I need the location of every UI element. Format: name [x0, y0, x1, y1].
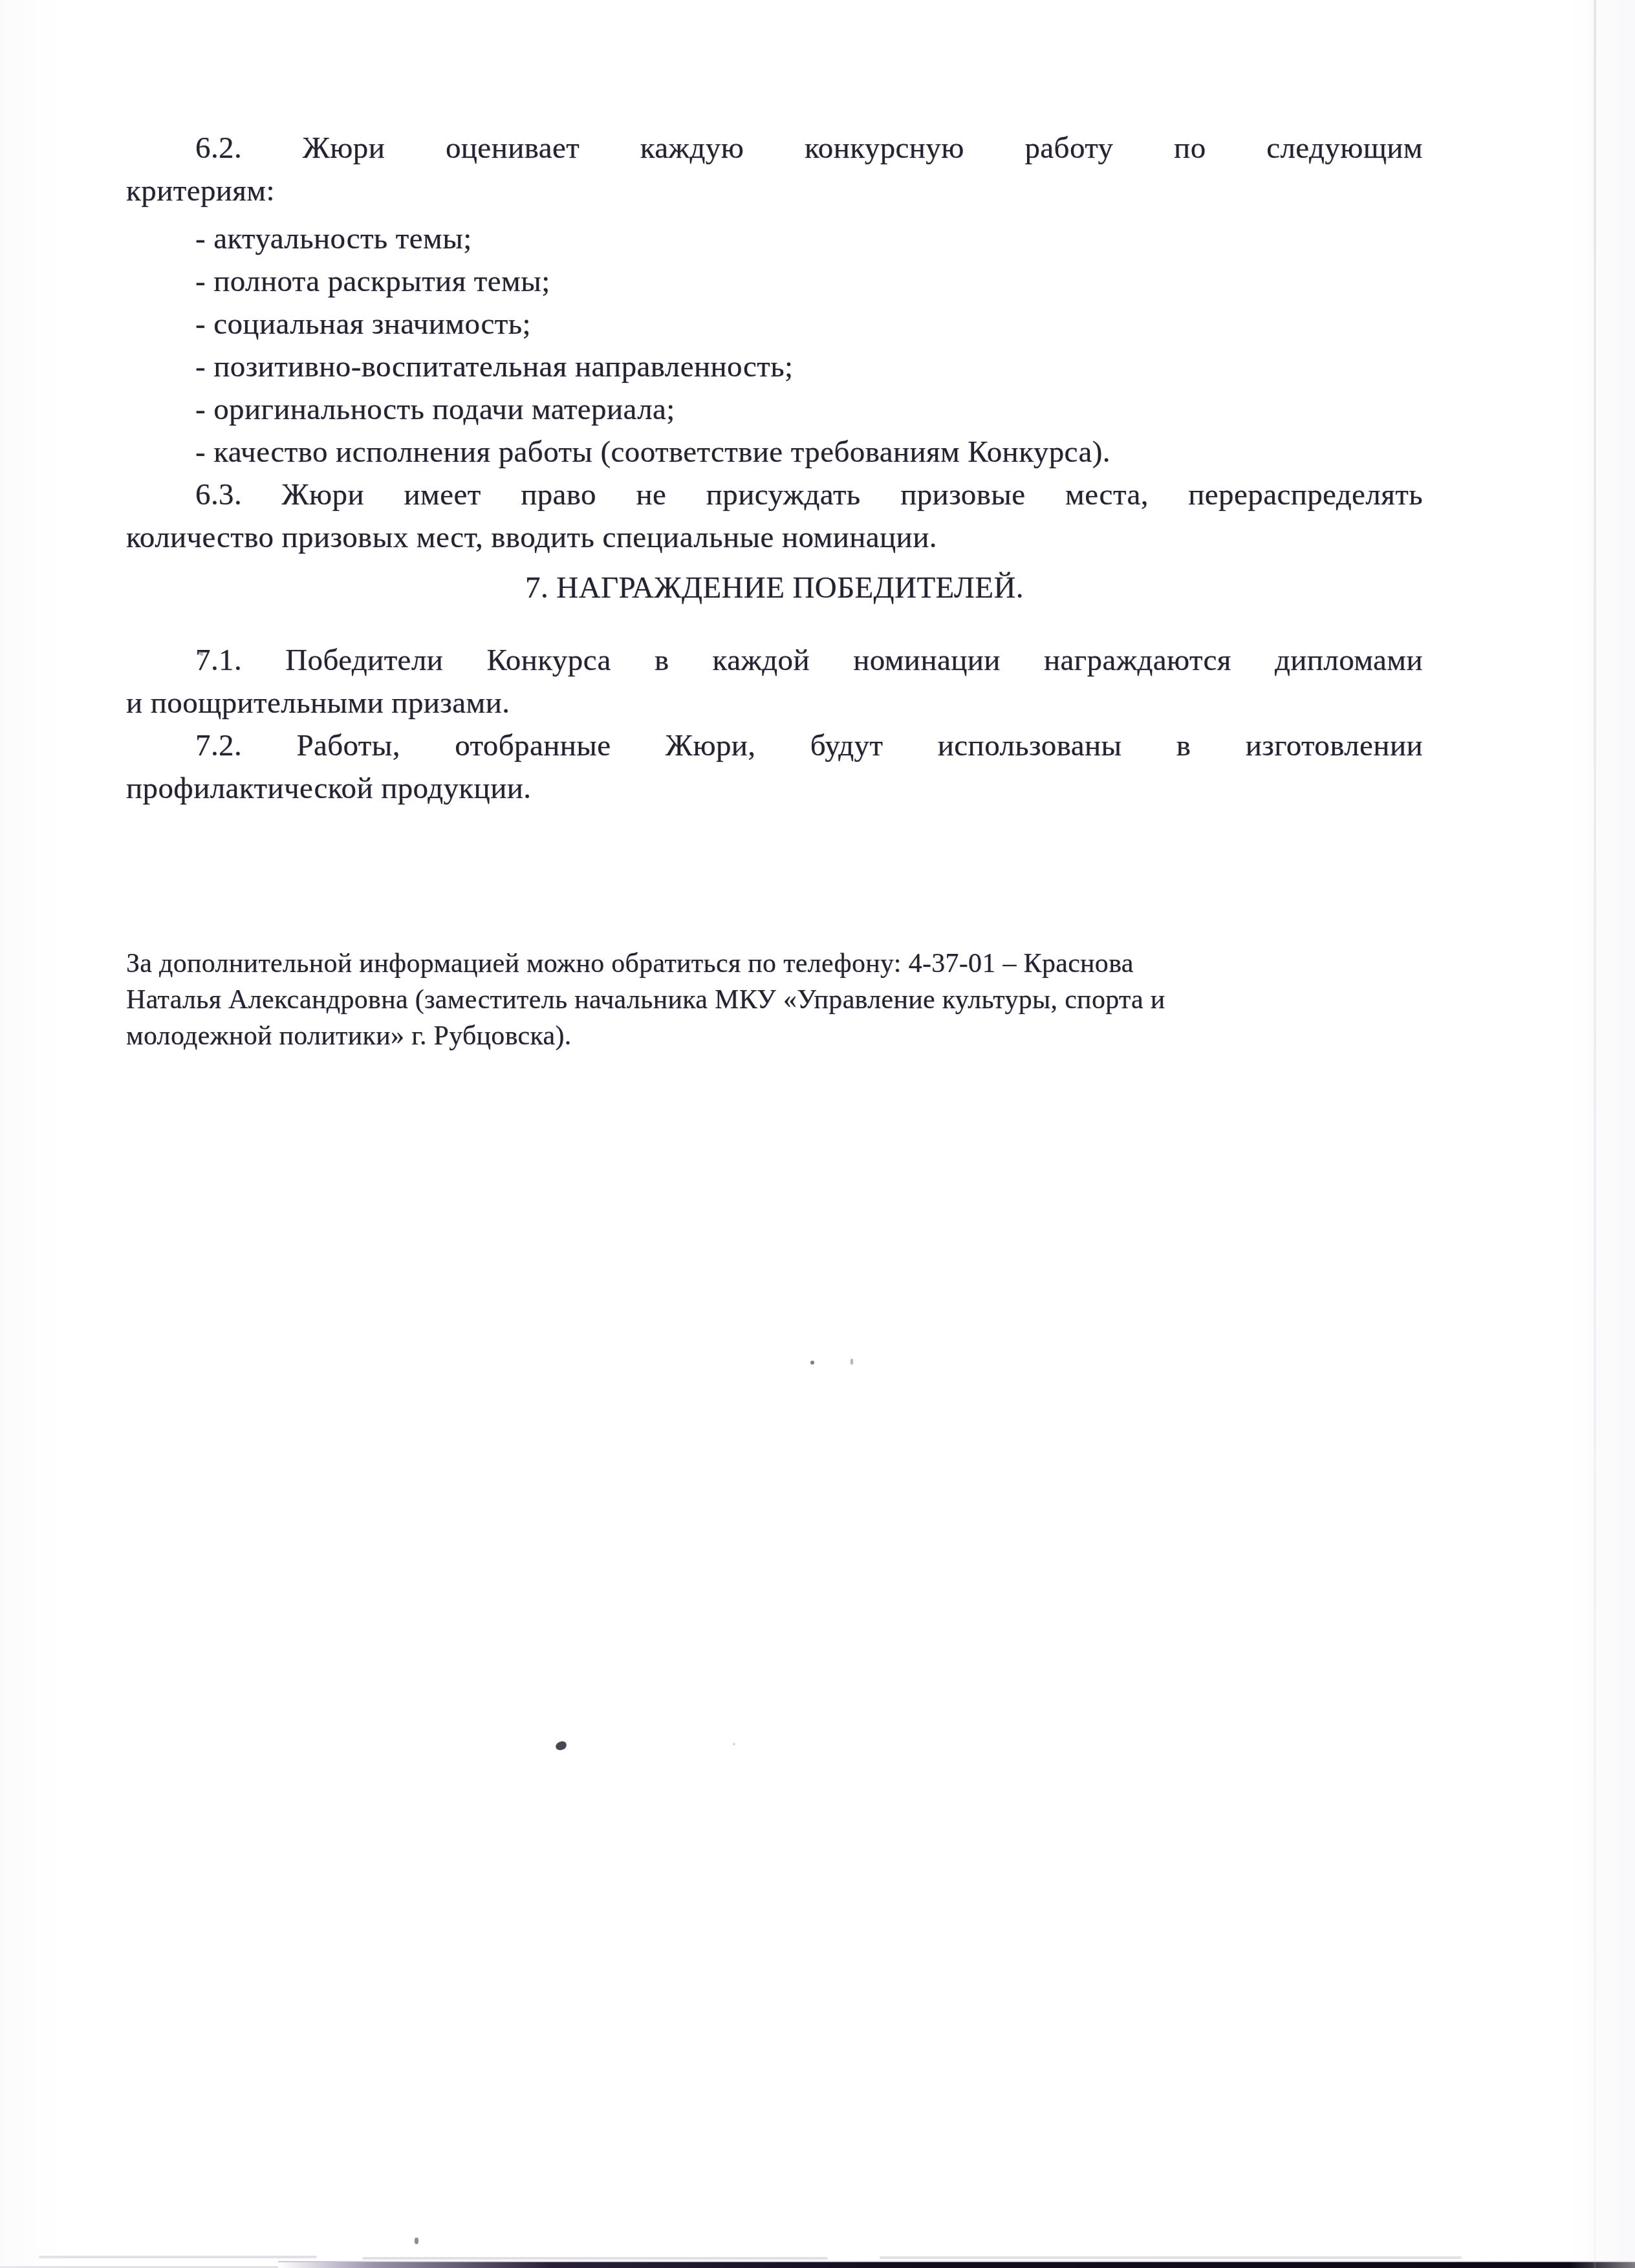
paragraph-6-3: 6.3. Жюри имеет право не присуждать приз… [126, 473, 1423, 559]
criterion-item: - актуальность темы; [126, 217, 1423, 260]
criterion-item: - полнота раскрытия темы; [126, 260, 1423, 303]
paragraph-7-1: 7.1. Победители Конкурса в каждой номина… [126, 639, 1423, 724]
paragraph-7-1-line-1: 7.1. Победители Конкурса в каждой номина… [126, 639, 1423, 682]
scan-speck [810, 1361, 814, 1365]
scan-speck [733, 1743, 735, 1745]
paragraph-6-3-line-2: количество призовых мест, вводить специа… [126, 516, 1423, 559]
paragraph-6-2-line-1: 6.2. Жюри оценивает каждую конкурсную ра… [126, 127, 1423, 169]
paragraph-7-2-line-1: 7.2. Работы, отобранные Жюри, будут испо… [126, 724, 1423, 767]
document-text-block: 6.2. Жюри оценивает каждую конкурсную ра… [126, 127, 1423, 1054]
paragraph-7-2-line-2: профилактической продукции. [126, 767, 1423, 810]
criterion-item: - качество исполнения работы (соответств… [126, 431, 1423, 473]
scanner-edge-band [278, 2262, 1635, 2268]
paragraph-6-2-line-2: критериям: [126, 169, 1423, 212]
section-7-heading: 7. НАГРАЖДЕНИЕ ПОБЕДИТЕЛЕЙ. [126, 567, 1423, 609]
contact-info-line-1: За дополнительной информацией можно обра… [126, 945, 1423, 982]
criterion-item: - социальная значимость; [126, 303, 1423, 345]
contact-info-line-3: молодежной политики» г. Рубцовска). [126, 1018, 1423, 1054]
scan-speck [555, 1740, 567, 1751]
paragraph-6-3-line-1: 6.3. Жюри имеет право не присуждать приз… [126, 473, 1423, 516]
paragraph-7-1-line-2: и поощрительными призами. [126, 682, 1423, 724]
criterion-item: - оригинальность подачи материала; [126, 388, 1423, 431]
paragraph-6-2: 6.2. Жюри оценивает каждую конкурсную ра… [126, 127, 1423, 212]
paragraph-7-2: 7.2. Работы, отобранные Жюри, будут испо… [126, 724, 1423, 810]
scan-streak [880, 2256, 1462, 2259]
scan-speck [850, 1359, 853, 1365]
contact-info-line-2: Наталья Александровна (заместитель начал… [126, 982, 1423, 1018]
criteria-list: - актуальность темы; - полнота раскрытия… [126, 217, 1423, 473]
scan-speck [415, 2238, 418, 2244]
scan-streak [362, 2257, 828, 2260]
contact-info-block: За дополнительной информацией можно обра… [126, 945, 1423, 1054]
scan-streak [39, 2256, 317, 2258]
page-edge-shadow [1594, 0, 1596, 2268]
scanned-document-page: 6.2. Жюри оценивает каждую конкурсную ра… [0, 0, 1635, 2268]
criterion-item: - позитивно-воспитательная направленност… [126, 345, 1423, 388]
